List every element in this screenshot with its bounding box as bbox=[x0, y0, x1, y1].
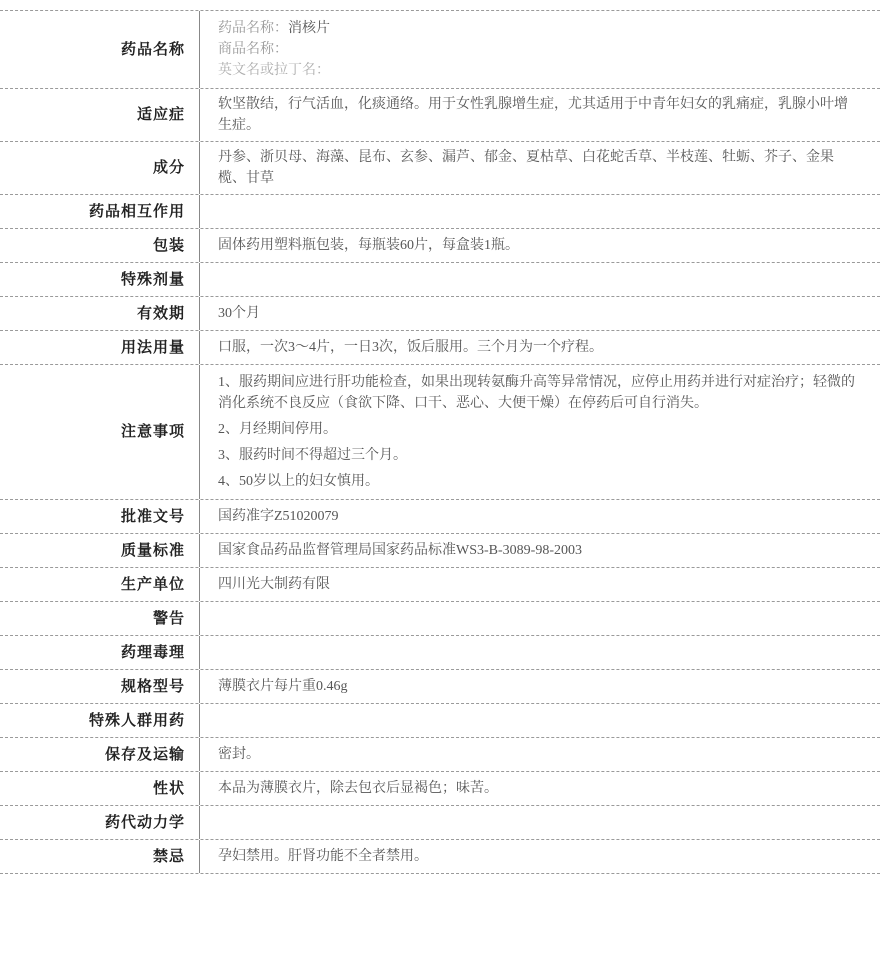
row-content: 孕妇禁用。肝肾功能不全者禁用。 bbox=[200, 840, 880, 873]
row-label: 适应症 bbox=[0, 89, 200, 141]
drug-detail-page: 药品名称 药品名称：消核片商品名称：英文名或拉丁名： 适应症 软坚散结，行气活血… bbox=[0, 10, 880, 980]
row-content: 口服，一次3～4片，一日3次，饭后服用。三个月为一个疗程。 bbox=[200, 331, 880, 364]
row-content: 国家食品药品监督管理局国家药品标准WS3-B-3089-98-2003 bbox=[200, 534, 880, 567]
row-content: 药品名称：消核片商品名称：英文名或拉丁名： bbox=[200, 11, 880, 88]
row-content bbox=[200, 704, 880, 737]
row-content: 丹参、浙贝母、海藻、昆布、玄参、漏芦、郁金、夏枯草、白花蛇舌草、半枝莲、牡蛎、芥… bbox=[200, 142, 880, 194]
table-row: 生产单位 四川光大制药有限 bbox=[0, 568, 880, 602]
table-row: 规格型号 薄膜衣片每片重0.46g bbox=[0, 670, 880, 704]
row-label: 注意事项 bbox=[0, 365, 200, 499]
row-content: 固体药用塑料瓶包装，每瓶装60片，每盒装1瓶。 bbox=[200, 229, 880, 262]
row-content-text: 丹参、浙贝母、海藻、昆布、玄参、漏芦、郁金、夏枯草、白花蛇舌草、半枝莲、牡蛎、芥… bbox=[218, 147, 856, 189]
row-label: 生产单位 bbox=[0, 568, 200, 601]
table-row: 用法用量 口服，一次3～4片，一日3次，饭后服用。三个月为一个疗程。 bbox=[0, 331, 880, 365]
row-content-text: 软坚散结，行气活血，化痰通络。用于女性乳腺增生症，尤其适用于中青年妇女的乳痛症，… bbox=[218, 94, 856, 136]
row-label: 药理毒理 bbox=[0, 636, 200, 669]
drug-meta-line: 药品名称：消核片 bbox=[218, 18, 856, 39]
row-label: 有效期 bbox=[0, 297, 200, 330]
table-row: 特殊剂量 bbox=[0, 263, 880, 297]
row-content-text: 固体药用塑料瓶包装，每瓶装60片，每盒装1瓶。 bbox=[218, 235, 856, 256]
row-label: 性状 bbox=[0, 772, 200, 805]
row-label: 保存及运输 bbox=[0, 738, 200, 771]
table-row: 特殊人群用药 bbox=[0, 704, 880, 738]
drug-meta-line: 英文名或拉丁名： bbox=[218, 60, 856, 81]
row-label: 用法用量 bbox=[0, 331, 200, 364]
table-row: 注意事项 1、服药期间应进行肝功能检查，如果出现转氨酶升高等异常情况，应停止用药… bbox=[0, 365, 880, 500]
table-row: 适应症 软坚散结，行气活血，化痰通络。用于女性乳腺增生症，尤其适用于中青年妇女的… bbox=[0, 89, 880, 142]
row-label: 质量标准 bbox=[0, 534, 200, 567]
table-row: 成分 丹参、浙贝母、海藻、昆布、玄参、漏芦、郁金、夏枯草、白花蛇舌草、半枝莲、牡… bbox=[0, 142, 880, 195]
row-content: 薄膜衣片每片重0.46g bbox=[200, 670, 880, 703]
row-label: 禁忌 bbox=[0, 840, 200, 873]
row-content-text: 本品为薄膜衣片，除去包衣后显褐色；味苦。 bbox=[218, 778, 856, 799]
row-label: 特殊人群用药 bbox=[0, 704, 200, 737]
table-row: 药理毒理 bbox=[0, 636, 880, 670]
note-paragraph: 2、月经期间停用。 bbox=[218, 419, 856, 440]
row-content bbox=[200, 195, 880, 228]
table-row: 药代动力学 bbox=[0, 806, 880, 840]
row-content: 1、服药期间应进行肝功能检查，如果出现转氨酶升高等异常情况，应停止用药并进行对症… bbox=[200, 365, 880, 499]
table-row: 禁忌 孕妇禁用。肝肾功能不全者禁用。 bbox=[0, 840, 880, 874]
row-label: 药代动力学 bbox=[0, 806, 200, 839]
row-content-text: 四川光大制药有限 bbox=[218, 574, 856, 595]
row-content: 密封。 bbox=[200, 738, 880, 771]
table-row: 保存及运输 密封。 bbox=[0, 738, 880, 772]
note-paragraph: 1、服药期间应进行肝功能检查，如果出现转氨酶升高等异常情况，应停止用药并进行对症… bbox=[218, 372, 856, 414]
table-row: 有效期 30个月 bbox=[0, 297, 880, 331]
table-row: 批准文号 国药准字Z51020079 bbox=[0, 500, 880, 534]
row-label: 特殊剂量 bbox=[0, 263, 200, 296]
row-label: 批准文号 bbox=[0, 500, 200, 533]
row-label: 包装 bbox=[0, 229, 200, 262]
table-row: 性状 本品为薄膜衣片，除去包衣后显褐色；味苦。 bbox=[0, 772, 880, 806]
row-label: 药品名称 bbox=[0, 11, 200, 88]
row-content bbox=[200, 806, 880, 839]
note-paragraph: 4、50岁以上的妇女慎用。 bbox=[218, 471, 856, 492]
table-row: 质量标准 国家食品药品监督管理局国家药品标准WS3-B-3089-98-2003 bbox=[0, 534, 880, 568]
row-content: 本品为薄膜衣片，除去包衣后显褐色；味苦。 bbox=[200, 772, 880, 805]
row-label: 药品相互作用 bbox=[0, 195, 200, 228]
table-row: 警告 bbox=[0, 602, 880, 636]
row-content: 30个月 bbox=[200, 297, 880, 330]
table-row: 药品名称 药品名称：消核片商品名称：英文名或拉丁名： bbox=[0, 11, 880, 89]
row-content bbox=[200, 636, 880, 669]
row-content-text: 国家食品药品监督管理局国家药品标准WS3-B-3089-98-2003 bbox=[218, 540, 856, 561]
table-row: 包装 固体药用塑料瓶包装，每瓶装60片，每盒装1瓶。 bbox=[0, 229, 880, 263]
row-content: 四川光大制药有限 bbox=[200, 568, 880, 601]
row-label: 警告 bbox=[0, 602, 200, 635]
meta-label: 商品名称： bbox=[218, 42, 288, 57]
row-content-text: 孕妇禁用。肝肾功能不全者禁用。 bbox=[218, 846, 856, 867]
note-paragraph: 3、服药时间不得超过三个月。 bbox=[218, 445, 856, 466]
row-content: 软坚散结，行气活血，化痰通络。用于女性乳腺增生症，尤其适用于中青年妇女的乳痛症，… bbox=[200, 89, 880, 141]
row-content: 国药准字Z51020079 bbox=[200, 500, 880, 533]
drug-meta-line: 商品名称： bbox=[218, 39, 856, 60]
meta-label: 药品名称： bbox=[218, 21, 288, 36]
row-label: 规格型号 bbox=[0, 670, 200, 703]
row-content-text: 国药准字Z51020079 bbox=[218, 506, 856, 527]
drug-info-table: 药品名称 药品名称：消核片商品名称：英文名或拉丁名： 适应症 软坚散结，行气活血… bbox=[0, 10, 880, 874]
meta-label: 英文名或拉丁名： bbox=[218, 63, 330, 78]
table-row: 药品相互作用 bbox=[0, 195, 880, 229]
meta-value: 消核片 bbox=[288, 21, 330, 36]
row-content bbox=[200, 602, 880, 635]
row-content-text: 密封。 bbox=[218, 744, 856, 765]
row-content-text: 薄膜衣片每片重0.46g bbox=[218, 676, 856, 697]
row-label: 成分 bbox=[0, 142, 200, 194]
row-content-text: 口服，一次3～4片，一日3次，饭后服用。三个月为一个疗程。 bbox=[218, 337, 856, 358]
row-content-text: 30个月 bbox=[218, 303, 856, 324]
row-content bbox=[200, 263, 880, 296]
